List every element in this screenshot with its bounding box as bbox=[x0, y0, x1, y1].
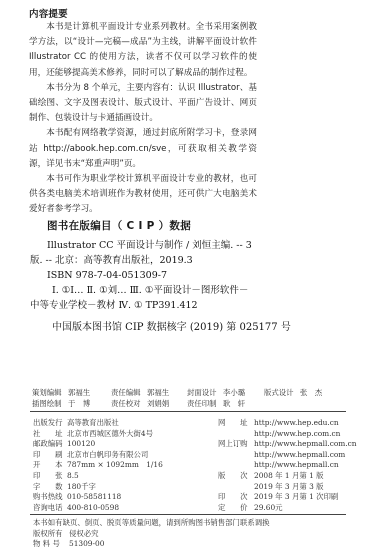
notice-block: 本书如有缺页、倒页、脱页等质量问题，请到所购图书销售部门联系调换 版权所有侵权必… bbox=[33, 517, 270, 549]
credit-layout-design: 版式设计张 杰 bbox=[264, 388, 322, 399]
info-row: http://www.hepmall.cn bbox=[218, 460, 357, 471]
info-row: 印 刷北京市白帆印务有限公司 bbox=[33, 450, 163, 461]
classification-line: Ⅰ. ①I… Ⅱ. ①刘… Ⅲ. ①平面设计－图形软件－ bbox=[30, 284, 270, 299]
summary-paragraph: 本书分为 8 个单元，主要内容有：认识 Illustrator、基础绘图、文字及… bbox=[29, 81, 257, 127]
info-row: 版 次2008 年 1 月第 1 版 bbox=[218, 471, 357, 482]
info-row: 网上订购http://www.hepmall.com.cn bbox=[218, 439, 357, 450]
summary-paragraph: 本书是计算机平面设计专业系列教材。全书采用案例教学方法，以“设计—完稿—成品”为… bbox=[29, 20, 257, 81]
credit-proofreader: 责任校对刘娟娟 bbox=[111, 399, 169, 410]
website-link: http://www.hepmall.com.cn bbox=[254, 439, 357, 448]
info-row: 开 本787mm × 1092mm 1/16 bbox=[33, 460, 163, 471]
cip-record: Illustrator CC 平面设计与制作 / 刘恒主编. -- 3 版. -… bbox=[30, 238, 260, 283]
info-row: 印 张8.5 bbox=[33, 471, 163, 482]
cip-title: 图书在版编目（ C I P ）数据 bbox=[47, 218, 191, 233]
info-row: 字 数180千字 bbox=[33, 482, 163, 493]
cip-record-number: 中国版本图书馆 CIP 数据核字 (2019) 第 025177 号 bbox=[52, 318, 291, 333]
info-row: 印 次2019 年 3 月第 1 次印刷 bbox=[218, 492, 357, 503]
cip-classification: Ⅰ. ①I… Ⅱ. ①刘… Ⅲ. ①平面设计－图形软件－ 中等专业学校－教材 Ⅳ… bbox=[30, 284, 270, 313]
credit-cover-design: 封面设计李小璐 bbox=[187, 388, 245, 399]
info-row: 社 址北京市西城区德外大街4号 bbox=[33, 429, 163, 440]
publication-info-left: 出版发行高等教育出版社 社 址北京市西城区德外大街4号 邮政编码100120 印… bbox=[33, 418, 163, 513]
copyright-page: 内容提要 本书是计算机平面设计专业系列教材。全书采用案例教学方法，以“设计—完稿… bbox=[0, 0, 375, 557]
info-row: 邮政编码100120 bbox=[33, 439, 163, 450]
info-row: 网 址http://www.hep.edu.cn bbox=[218, 418, 357, 429]
divider bbox=[30, 411, 346, 412]
info-row: http://www.hepmall.com bbox=[218, 450, 357, 461]
cip-line: 版. -- 北京：高等教育出版社，2019.3 bbox=[30, 253, 260, 268]
cip-line: ISBN 978-7-04-051309-7 bbox=[30, 268, 260, 283]
divider bbox=[30, 514, 346, 515]
rights-row: 版权所有侵权必究 bbox=[33, 528, 270, 539]
credit-printing: 责任印制耿 轩 bbox=[187, 399, 245, 410]
info-row: 购书热线010-58581118 bbox=[33, 492, 163, 503]
summary-body: 本书是计算机平面设计专业系列教材。全书采用案例教学方法，以“设计—完稿—成品”为… bbox=[29, 20, 257, 218]
info-row: 出版发行高等教育出版社 bbox=[33, 418, 163, 429]
info-row: http://www.hep.com.cn bbox=[218, 429, 357, 440]
summary-paragraph: 本书可作为职业学校计算机平面设计专业的教材，也可供各类电脑美术培训班作为教材使用… bbox=[29, 172, 257, 218]
quality-notice: 本书如有缺页、倒页、脱页等质量问题，请到所购图书销售部门联系调换 bbox=[33, 517, 270, 528]
credit-illustration: 插图绘制于 博 bbox=[32, 399, 90, 410]
summary-paragraph: 本书配有网络教学资源，通过封底所附学习卡，登录网站 http://abook.h… bbox=[29, 126, 257, 172]
info-row: 咨询电话400-810-0598 bbox=[33, 503, 163, 514]
publication-info-right: 网 址http://www.hep.edu.cn http://www.hep.… bbox=[218, 418, 357, 513]
credit-planning-editor: 策划编辑郭福生 bbox=[32, 388, 90, 399]
material-number-row: 物 料 号51309-00 bbox=[33, 538, 270, 549]
info-row: 2019 年 3 月第 3 版 bbox=[218, 482, 357, 493]
cip-line: Illustrator CC 平面设计与制作 / 刘恒主编. -- 3 bbox=[30, 238, 260, 253]
summary-title: 内容提要 bbox=[29, 6, 68, 20]
classification-line: 中等专业学校－教材 Ⅳ. ① TP391.412 bbox=[30, 299, 270, 314]
website-link: http://www.hep.edu.cn bbox=[254, 418, 339, 427]
website-link: http://www.hepmall.cn bbox=[254, 460, 339, 469]
credit-editor: 责任编辑郭福生 bbox=[111, 388, 169, 399]
website-link: http://www.hep.com.cn bbox=[254, 429, 340, 438]
info-row: 定 价29.60元 bbox=[218, 503, 357, 514]
website-link: http://www.hepmall.com bbox=[254, 450, 345, 459]
